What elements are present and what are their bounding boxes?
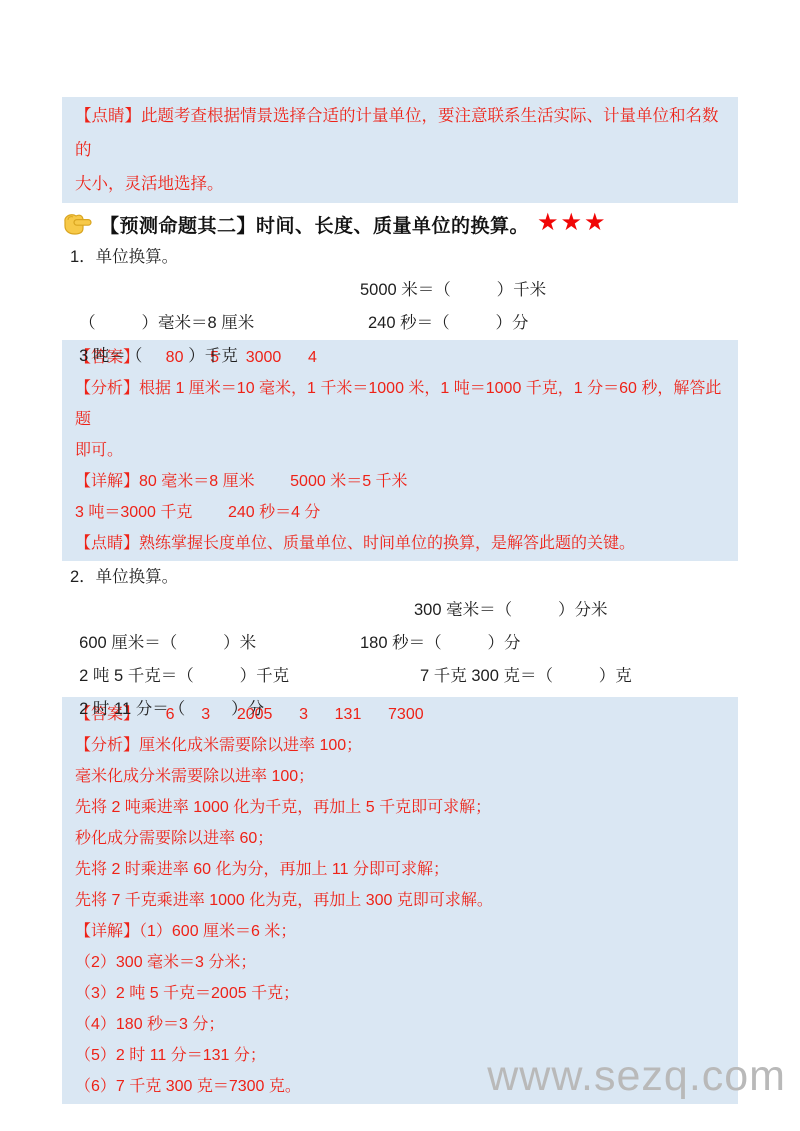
- top-note-box: 【点睛】此题考查根据情景选择合适的计量单位，要注意联系生活实际、计量单位和名数的…: [62, 97, 738, 203]
- question-1-problem-row: （ ）毫米＝8 厘米 5000 米＝（ ）千米: [70, 274, 800, 307]
- answer-line: 先将 2 时乘进率 60 化为分，再加上 11 分即可求解；: [75, 854, 725, 885]
- pointing-finger-icon: [62, 212, 92, 236]
- answer-line: 先将 7 千克乘进率 1000 化为克，再加上 300 克即可求解。: [75, 885, 725, 916]
- problem-right: 180 秒＝（ ）分: [360, 627, 520, 660]
- top-note-line: 【点睛】此题考查根据情景选择合适的计量单位，要注意联系生活实际、计量单位和名数的: [75, 99, 725, 167]
- problem-right: 240 秒＝（ ）分: [368, 307, 528, 340]
- answer-box-2: 【答案】 6 3 2005 3 131 7300 【分析】厘米化成米需要除以进率…: [62, 697, 738, 1104]
- answer-line: 先将 2 吨乘进率 1000 化为千克，再加上 5 千克即可求解；: [75, 792, 725, 823]
- question-2-problem-row: 600 厘米＝（ ）米 300 毫米＝（ ）分米: [70, 594, 800, 627]
- top-note-line: 大小，灵活地选择。: [75, 167, 725, 201]
- answer-line: 【点睛】熟练掌握长度单位、质量单位、时间单位的换算，是解答此题的关键。: [75, 528, 725, 559]
- answer-line: （3）2 吨 5 千克＝2005 千克；: [75, 978, 725, 1009]
- answer-line: 3 吨＝3000 千克 240 秒＝4 分: [75, 497, 725, 528]
- answer-line: 秒化成分需要除以进率 60；: [75, 823, 725, 854]
- answer-box-1: 【答案】 80 5 3000 4 【分析】根据 1 厘米＝10 毫米，1 千米＝…: [62, 340, 738, 561]
- question-1-title: 1．单位换算。: [70, 241, 800, 274]
- answer-line: 【分析】厘米化成米需要除以进率 100；: [75, 730, 725, 761]
- question-2-problem-row: 2 时 11 分＝（ ）分 7 千克 300 克＝（ ）克: [70, 660, 800, 693]
- answer-line: 即可。: [75, 435, 725, 466]
- question-2-problem-row: 2 吨 5 千克＝（ ）千克 180 秒＝（ ）分: [70, 627, 800, 660]
- problem-right: 300 毫米＝（ ）分米: [414, 594, 607, 627]
- answer-line: （2）300 毫米＝3 分米；: [75, 947, 725, 978]
- problem-left: 3 吨＝（ ）千克: [79, 347, 238, 365]
- section-heading-text: 【预测命题其二】时间、长度、质量单位的换算。: [100, 211, 529, 238]
- answer-line: 【分析】根据 1 厘米＝10 毫米，1 千米＝1000 米，1 吨＝1000 千…: [75, 373, 725, 435]
- problem-right: 5000 米＝（ ）千米: [360, 274, 546, 307]
- star-rating-icon: ★★★: [537, 211, 608, 238]
- problem-left: 2 时 11 分＝（ ）分: [79, 700, 264, 718]
- section-heading: 【预测命题其二】时间、长度、质量单位的换算。 ★★★: [62, 207, 800, 241]
- watermark: www.sezq.com: [487, 1052, 786, 1101]
- answer-line: （4）180 秒＝3 分；: [75, 1009, 725, 1040]
- answer-line: 【详解】（1）600 厘米＝6 米；: [75, 916, 725, 947]
- problem-right: 7 千克 300 克＝（ ）克: [420, 660, 632, 693]
- answer-line: 【详解】80 毫米＝8 厘米 5000 米＝5 千米: [75, 466, 725, 497]
- answer-line: 毫米化成分米需要除以进率 100；: [75, 761, 725, 792]
- question-2-title: 2．单位换算。: [70, 561, 800, 594]
- question-1-problem-row: 3 吨＝（ ）千克 240 秒＝（ ）分: [70, 307, 800, 340]
